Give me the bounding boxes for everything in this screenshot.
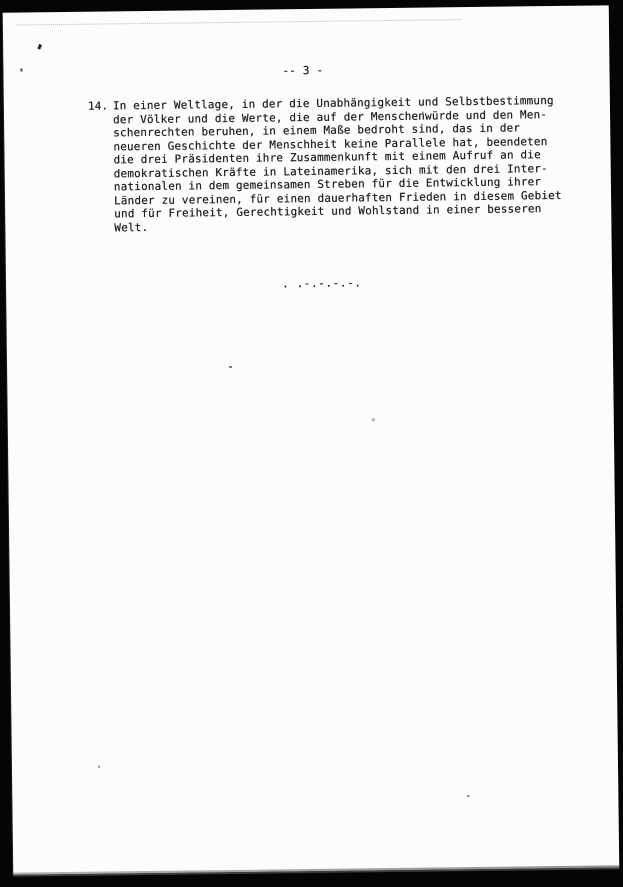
scan-speck	[372, 418, 375, 421]
scan-speck	[422, 112, 424, 114]
scan-speck	[37, 44, 42, 50]
section-divider: . .-.-.-.-.	[282, 276, 362, 290]
scan-edge-artifact	[17, 19, 462, 25]
page-number-header: -- 3 -	[282, 64, 323, 78]
paragraph-14: 14. In einer Weltlage, in der die Unabhä…	[88, 94, 562, 235]
document-page: -- 3 - 14. In einer Weltlage, in der die…	[3, 5, 619, 874]
scan-speck	[98, 766, 100, 768]
scan-background: -- 3 - 14. In einer Weltlage, in der die…	[0, 0, 623, 887]
paragraph-text: In einer Weltlage, in der die Unabhängig…	[113, 94, 562, 234]
scan-speck	[20, 68, 22, 71]
scan-speck	[467, 795, 469, 797]
scan-edge-artifact	[13, 865, 619, 874]
paragraph-number: 14.	[88, 99, 113, 113]
scan-speck	[229, 366, 232, 368]
